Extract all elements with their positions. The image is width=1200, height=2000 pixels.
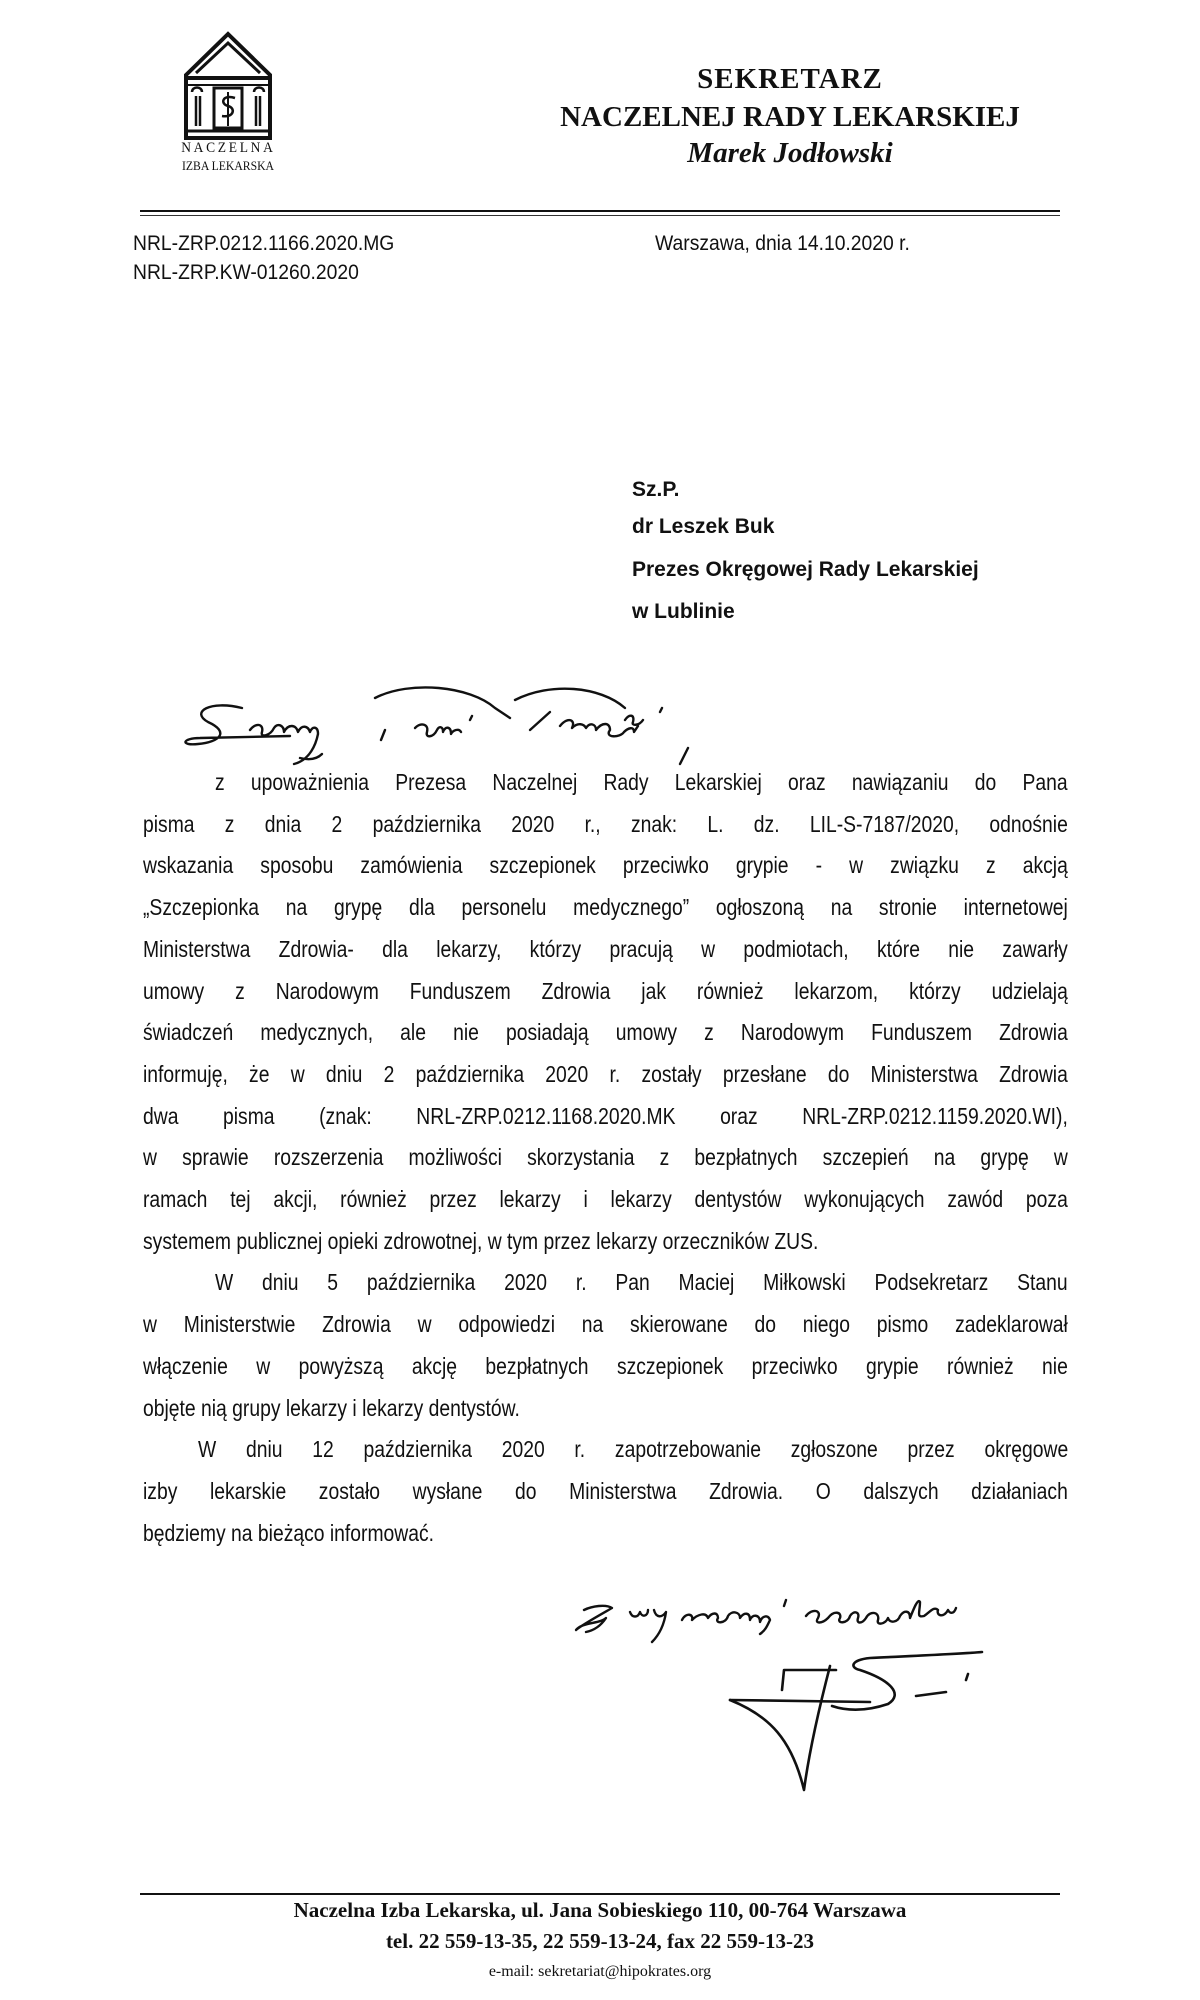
footer-address: Naczelna Izba Lekarska, ul. Jana Sobiesk… [140, 1897, 1060, 1923]
letterhead-subtitle: NACZELNEJ RADY LEKARSKIEJ [500, 98, 1080, 136]
body-line: świadczeń medycznych, ale nie posiadają … [143, 1017, 1068, 1047]
letter-date: Warszawa, dnia 14.10.2020 r. [655, 229, 910, 258]
body-line: w Ministerstwie Zdrowia w odpowiedzi na … [143, 1309, 1068, 1339]
body-line: umowy z Narodowym Funduszem Zdrowia jak … [143, 976, 1068, 1006]
header-divider [140, 210, 1060, 212]
body-line: będziemy na bieżąco informować. [143, 1518, 1068, 1548]
body-line: dwa pisma (znak: NRL-ZRP.0212.1168.2020.… [143, 1101, 1068, 1131]
letterhead-name: Marek Jodłowski [500, 134, 1080, 172]
body-line: w sprawie rozszerzenia możliwości skorzy… [143, 1142, 1068, 1172]
handwritten-salutation: Szanowny Panie Prezesie, [170, 660, 990, 780]
reference-number: NRL-ZRP.0212.1166.2020.MG [133, 229, 394, 258]
salutation-handwriting-icon [170, 660, 990, 780]
body-line: izby lekarskie zostało wysłane do Minist… [143, 1476, 1068, 1506]
body-line: pisma z dnia 2 października 2020 r., zna… [143, 809, 1068, 839]
letterhead-title: SEKRETARZ [500, 60, 1080, 98]
body-line: Ministerstwa Zdrowia- dla lekarzy, którz… [143, 934, 1068, 964]
body-line: W dniu 12 października 2020 r. zapotrzeb… [198, 1434, 1068, 1464]
body-line: objęte nią grupy lekarzy i lekarzy denty… [143, 1393, 1068, 1423]
header-divider-thin [140, 215, 1060, 216]
body-line: systemem publicznej opieki zdrowotnej, w… [143, 1226, 1068, 1256]
body-line: „Szczepionka na grypę dla personelu medy… [143, 892, 1068, 922]
footer-email[interactable]: e-mail: sekretariat@hipokrates.org [140, 1961, 1060, 1983]
reference-number: NRL-ZRP.KW-01260.2020 [133, 258, 359, 287]
signature-icon [720, 1640, 1020, 1800]
body-line: włączenie w powyższą akcję bezpłatnych s… [143, 1351, 1068, 1381]
signature: handwritten signature [720, 1640, 1020, 1800]
footer-phones: tel. 22 559-13-35, 22 559-13-24, fax 22 … [140, 1928, 1060, 1954]
body-line: wskazania sposobu zamówienia szczepionek… [143, 850, 1068, 880]
body-line: ramach tej akcji, również przez lekarzy … [143, 1184, 1068, 1214]
addressee-city: w Lublinie [632, 598, 735, 626]
logo-text-line2: IZBA LEKARSKA [181, 157, 275, 175]
body-line: W dniu 5 października 2020 r. Pan Maciej… [215, 1267, 1068, 1297]
addressee-name: dr Leszek Buk [632, 513, 774, 541]
footer-divider [140, 1893, 1060, 1895]
body-line: z upoważnienia Prezesa Naczelnej Rady Le… [215, 767, 1068, 797]
body-line: informuję, że w dniu 2 października 2020… [143, 1059, 1068, 1089]
addressee-line: Sz.P. [632, 476, 679, 504]
logo-text-line1: NACZELNA [181, 139, 275, 157]
addressee-title: Prezes Okręgowej Rady Lekarskiej [632, 556, 979, 584]
